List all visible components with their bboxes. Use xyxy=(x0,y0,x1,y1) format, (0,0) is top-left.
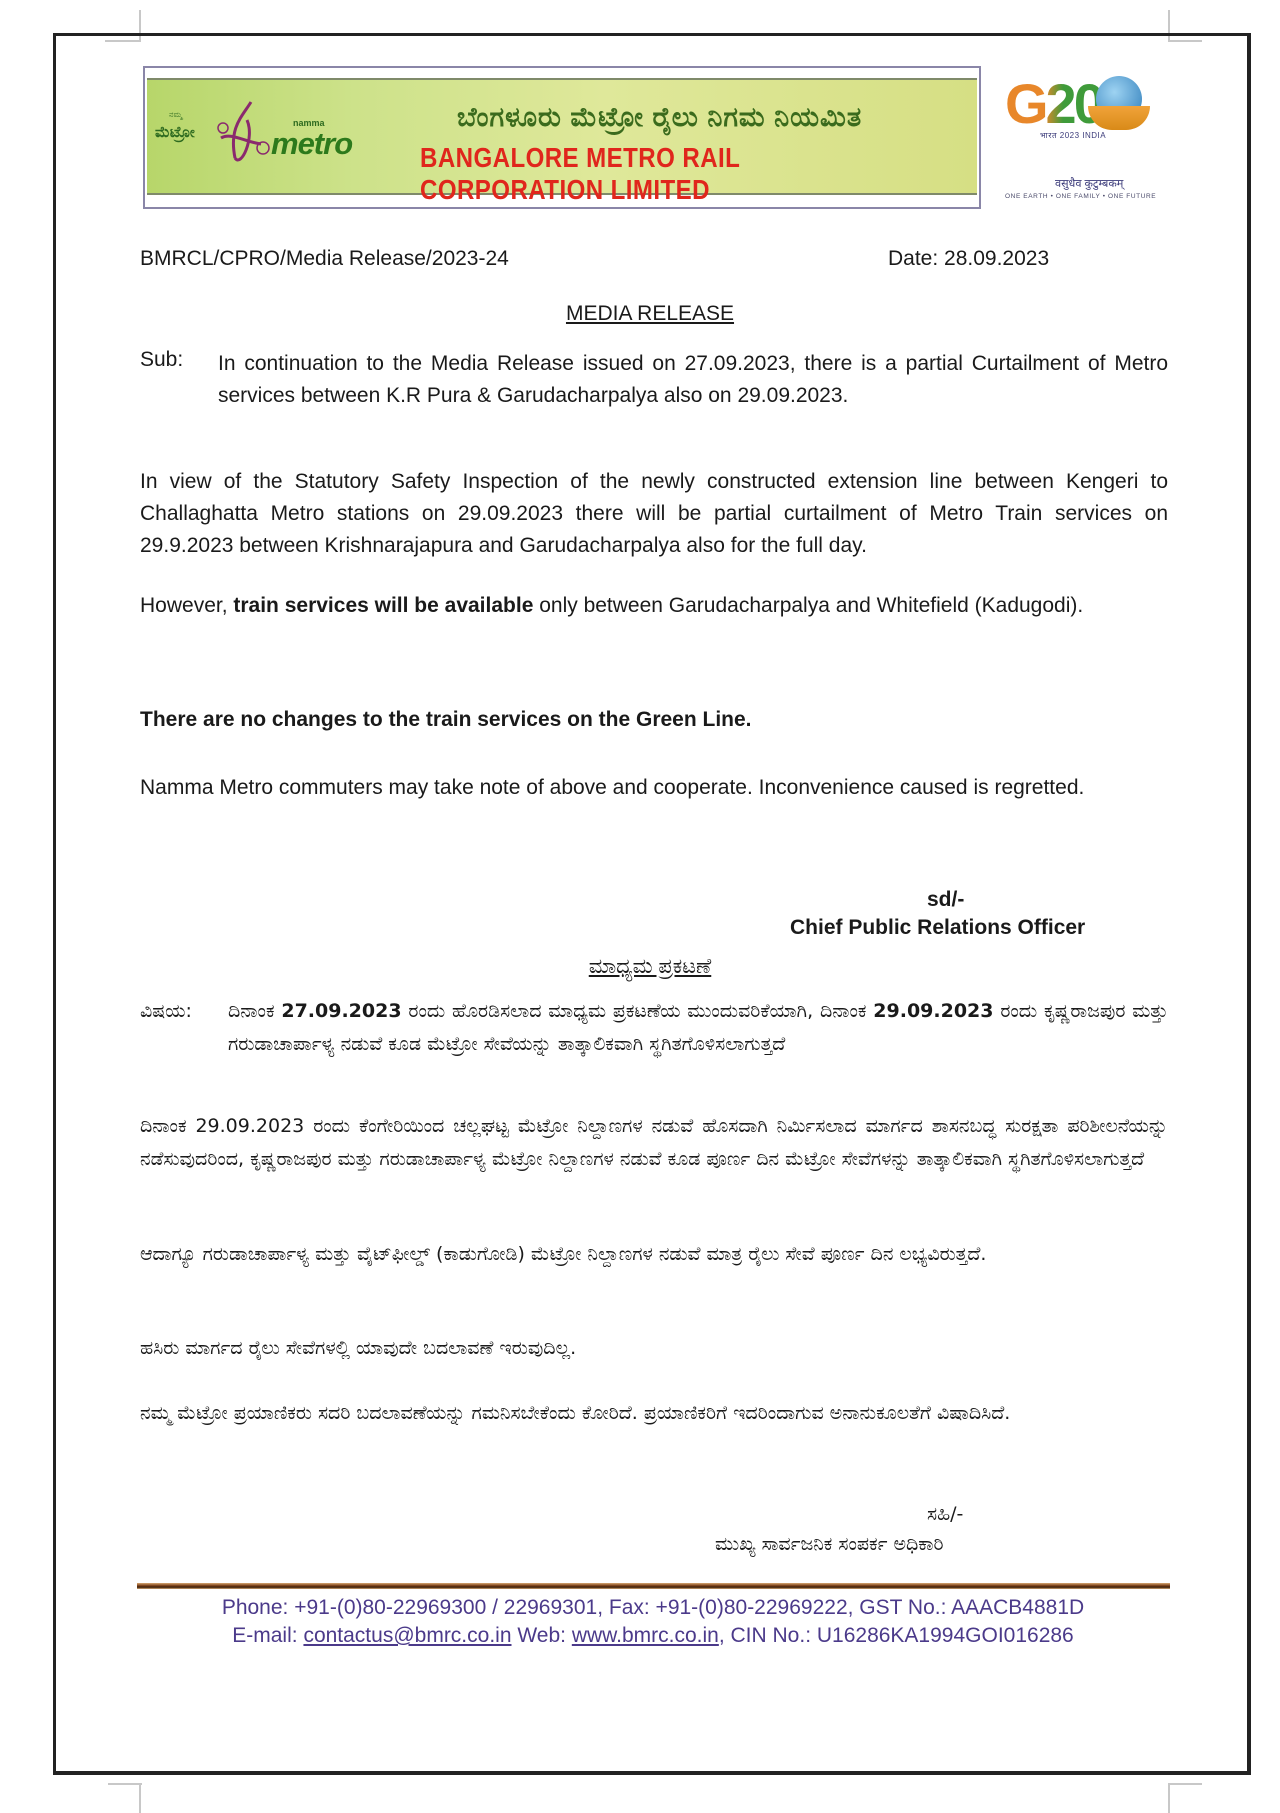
availability-prefix: However, xyxy=(140,594,233,617)
kannada-subject-date: 29.09.2023 xyxy=(873,1000,993,1022)
crop-mark xyxy=(1168,1783,1202,1785)
g20-logo: G20 भारत 2023 INDIA वसुधैव कुटुम्बकम् ON… xyxy=(1000,66,1170,206)
website-link[interactable]: www.bmrc.co.in xyxy=(572,1624,719,1647)
cin-number: , CIN No.: U16286KA1994GOI016286 xyxy=(719,1624,1074,1647)
kannada-paragraph-apology: ನಮ್ಮ ಮೆಟ್ರೋ ಪ್ರಯಾಣಿಕರು ಸದರಿ ಬದಲಾವಣೆಯನ್ನು… xyxy=(140,1397,1168,1430)
g20-sub: भारत 2023 INDIA xyxy=(1040,130,1106,141)
page-title: MEDIA RELEASE xyxy=(0,302,1280,326)
paragraph-inspection: In view of the Statutory Safety Inspecti… xyxy=(140,466,1168,562)
g20-logo-text: G20 xyxy=(1005,71,1102,136)
kannada-paragraph-availability: ಆದಾಗ್ಯೂ ಗರುಡಾಚಾರ್ಪಾಳ್ಯ ಮತ್ತು ವೈಟ್‌ಫೀಲ್ಡ್… xyxy=(140,1238,1168,1271)
paragraph-green-line: There are no changes to the train servic… xyxy=(140,704,1168,736)
g20-motto-hindi: वसुधैव कुटुम्बकम् xyxy=(1055,176,1123,191)
web-label: Web: xyxy=(512,1624,572,1647)
signature: sd/- xyxy=(927,888,964,912)
crop-mark xyxy=(139,1783,141,1813)
logo-kannada: ಮೆಟ್ರೋ xyxy=(155,124,195,141)
logo-metro: metro xyxy=(271,126,352,162)
reference-number: BMRCL/CPRO/Media Release/2023-24 xyxy=(140,247,509,271)
designation: Chief Public Relations Officer xyxy=(790,916,1085,940)
page-border xyxy=(53,33,1251,1775)
kannada-subject-part: ದಿನಾಂಕ xyxy=(228,1000,281,1022)
subject-label: Sub: xyxy=(140,348,183,372)
crop-mark xyxy=(1168,1783,1170,1813)
crop-mark xyxy=(108,1783,142,1785)
release-date: Date: 28.09.2023 xyxy=(888,247,1049,271)
org-name-kannada: ಬೆಂಗಳೂರು ಮೆಟ್ರೋ ರೈಲು ನಿಗಮ ನಿಯಮಿತ xyxy=(457,102,862,134)
paragraph-availability: However, train services will be availabl… xyxy=(140,590,1168,622)
kannada-paragraph-inspection: ದಿನಾಂಕ 29.09.2023 ರಂದು ಕೆಂಗೇರಿಯಿಂದ ಚಲ್ಲಘ… xyxy=(140,1110,1168,1176)
paragraph-apology: Namma Metro commuters may take note of a… xyxy=(140,772,1168,804)
metro-swirl-icon xyxy=(211,98,273,170)
g20-motto-english: ONE EARTH • ONE FAMILY • ONE FUTURE xyxy=(1005,193,1156,200)
letterhead-banner: ನಮ್ಮ ಮೆಟ್ರೋ namma metro ಬೆಂಗಳೂರು ಮೆಟ್ರೋ … xyxy=(143,66,981,209)
footer-links: E-mail: contactus@bmrc.co.in Web: www.bm… xyxy=(0,1624,1280,1648)
kannada-paragraph-green-line: ಹಸಿರು ಮಾರ್ಗದ ರೈಲು ಸೇವೆಗಳಲ್ಲಿ ಯಾವುದೇ ಬದಲಾ… xyxy=(140,1332,1168,1365)
kannada-subject-text: ದಿನಾಂಕ 27.09.2023 ರಂದು ಹೊರಡಿಸಲಾದ ಮಾಧ್ಯಮ … xyxy=(228,995,1168,1061)
kannada-designation: ಮುಖ್ಯ ಸಾರ್ವಜನಿಕ ಸಂಪರ್ಕ ಅಧಿಕಾರಿ xyxy=(715,1528,944,1561)
availability-bold: train services will be available xyxy=(233,594,533,617)
kannada-subject-date: 27.09.2023 xyxy=(281,1000,401,1022)
kannada-signature: ಸಹಿ/- xyxy=(927,1498,963,1531)
kannada-subject-part: ರಂದು ಹೊರಡಿಸಲಾದ ಮಾಧ್ಯಮ ಪ್ರಕಟಣೆಯ ಮುಂದುವರಿಕ… xyxy=(402,1000,874,1022)
availability-suffix: only between Garudacharpalya and Whitefi… xyxy=(533,594,1083,617)
email-link[interactable]: contactus@bmrc.co.in xyxy=(303,1624,511,1647)
org-name-english: BANGALORE METRO RAIL CORPORATION LIMITED xyxy=(420,142,899,206)
subject-text: In continuation to the Media Release iss… xyxy=(218,348,1168,412)
email-label: E-mail: xyxy=(232,1624,303,1647)
namma-metro-logo: ನಮ್ಮ ಮೆಟ್ರೋ namma metro xyxy=(155,98,345,168)
logo-kannada-small: ನಮ್ಮ xyxy=(169,110,182,120)
kannada-title: ಮಾಧ್ಯಮ ಪ್ರಕಟಣೆ xyxy=(0,955,1280,979)
footer-divider xyxy=(137,1583,1170,1589)
footer-contact: Phone: +91-(0)80-22969300 / 22969301, Fa… xyxy=(0,1596,1280,1620)
kannada-subject-label: ವಿಷಯ: xyxy=(140,995,192,1028)
